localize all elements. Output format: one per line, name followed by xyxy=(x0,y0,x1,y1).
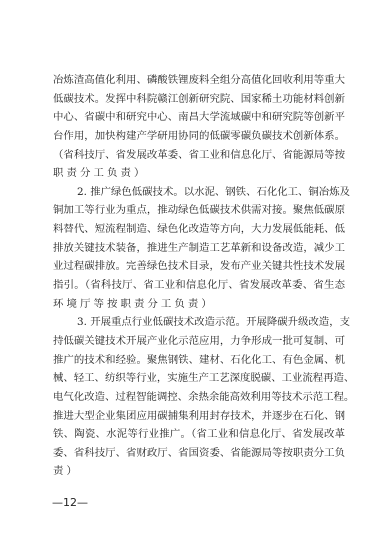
page-number: —12— xyxy=(52,495,88,511)
document-page: 冶炼渣高值化利用、磷酸铁锂废料全组分高值化回收利用等重大 低碳技术。发挥中科院赣… xyxy=(0,0,390,551)
text-line: 冶炼渣高值化利用、磷酸铁锂废料全组分高值化回收利用等重大 xyxy=(53,71,345,90)
text-line: 业过程碳排放。完善绿色技术目录，发布产业关键共性技术发展 xyxy=(53,257,345,276)
text-line: 电气化改造、过程智能调控、余热余能高效利用等技术示范工程。 xyxy=(53,388,345,407)
text-line: 推广的技术和经验。聚焦钢铁、建材、石化化工、有色金属、机 xyxy=(53,351,345,370)
text-line: 台作用，加快构建产学研用协同的低碳零碳负碳技术创新体系。 xyxy=(53,127,345,146)
text-line: 低碳技术。发挥中科院赣江创新研究院、国家稀土功能材料创新 xyxy=(53,90,345,109)
text-line: 排放关键技术装备，推进生产制造工艺革新和设备改造，减少工 xyxy=(53,239,345,258)
text-line: 料替代、短流程制造、绿色化改造等方向，大力发展低能耗、低 xyxy=(53,220,345,239)
text-line: 铜加工等行业为重点，推动绿色低碳技术供需对接。聚焦低碳原 xyxy=(53,201,345,220)
paragraph-heading-line: 2. 推广绿色低碳技术。以水泥、钢铁、石化化工、铜冶炼及 xyxy=(53,183,345,202)
document-body: 冶炼渣高值化利用、磷酸铁锂废料全组分高值化回收利用等重大 低碳技术。发挥中科院赣… xyxy=(53,71,345,481)
text-line: 械、轻工、纺织等行业，实施生产工艺深度脱碳、工业流程再造、 xyxy=(53,369,345,388)
text-line: 职责分工负责） xyxy=(53,164,345,183)
text-line: 环境厅等按职责分工负责） xyxy=(53,295,345,314)
text-line: 铁、陶瓷、水泥等行业推广。（省工业和信息化厅、省发展改革 xyxy=(53,425,345,444)
text-line: 责） xyxy=(53,462,345,481)
text-line: （省科技厅、省发展改革委、省工业和信息化厅、省能源局等按 xyxy=(53,146,345,165)
text-line: 委、省科技厅、省财政厅、省国资委、省能源局等按职责分工负 xyxy=(53,444,345,463)
text-line: 指引。（省科技厅、省工业和信息化厅、省发展改革委、省生态 xyxy=(53,276,345,295)
text-line: 持低碳关键技术开展产业化示范应用，力争形成一批可复制、可 xyxy=(53,332,345,351)
paragraph-heading-line: 3. 开展重点行业低碳技术改造示范。开展降碳升级改造，支 xyxy=(53,313,345,332)
text-line: 推进大型企业集团应用碳捕集利用封存技术，并逐步在石化、钢 xyxy=(53,407,345,426)
text-line: 中心、省碳中和研究中心、南昌大学流域碳中和研究院等创新平 xyxy=(53,108,345,127)
